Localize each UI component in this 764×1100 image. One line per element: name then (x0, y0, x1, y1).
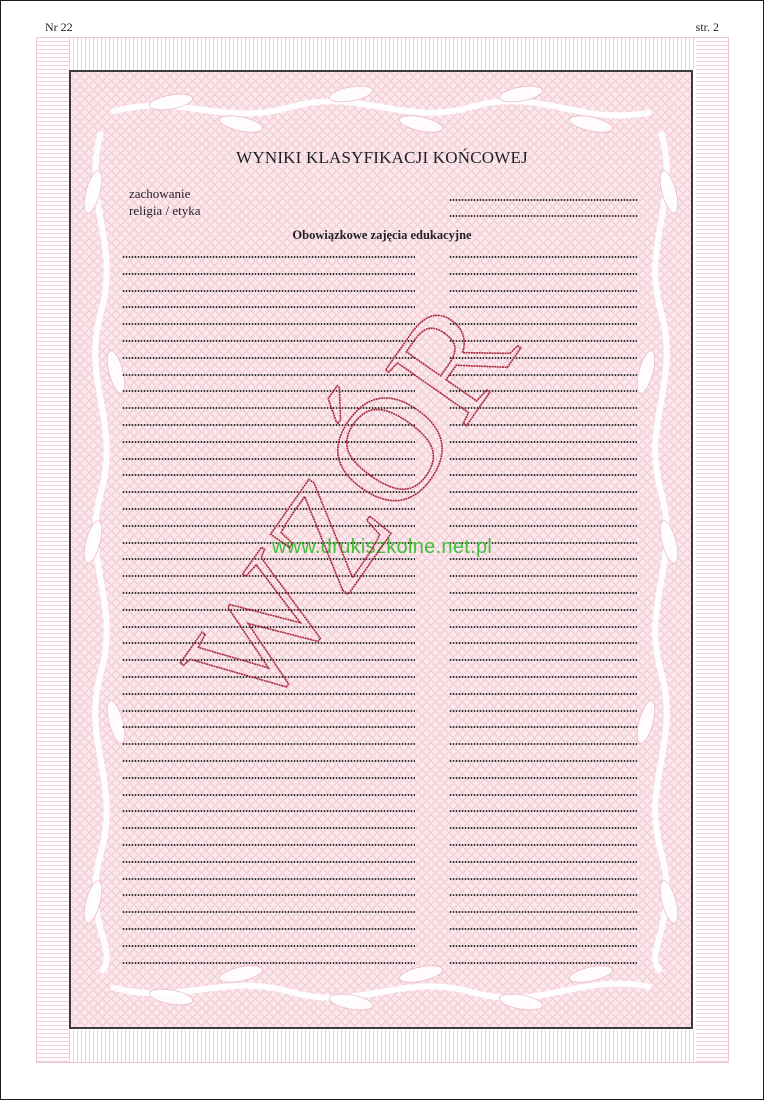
section-title: Obowiązkowe zajęcia edukacyjne (0, 228, 764, 243)
grade-field[interactable] (449, 827, 637, 829)
subject-field[interactable] (122, 508, 415, 510)
grade-field[interactable] (449, 458, 637, 460)
grade-field[interactable] (449, 592, 637, 594)
subject-field[interactable] (122, 609, 415, 611)
grade-field[interactable] (449, 424, 637, 426)
subject-field[interactable] (122, 945, 415, 947)
subject-field[interactable] (122, 306, 415, 308)
grade-field[interactable] (449, 693, 637, 695)
grade-field[interactable] (449, 525, 637, 527)
grade-field[interactable] (449, 306, 637, 308)
subject-field[interactable] (122, 844, 415, 846)
subject-field[interactable] (122, 323, 415, 325)
subject-field[interactable] (122, 777, 415, 779)
subject-field[interactable] (122, 911, 415, 913)
subject-field[interactable] (122, 928, 415, 930)
subject-field[interactable] (122, 592, 415, 594)
subject-field[interactable] (122, 878, 415, 880)
grade-field[interactable] (449, 861, 637, 863)
grade-field[interactable] (449, 357, 637, 359)
subject-field[interactable] (122, 374, 415, 376)
subject-field[interactable] (122, 256, 415, 258)
grade-field[interactable] (449, 575, 637, 577)
subject-field[interactable] (122, 710, 415, 712)
grade-field[interactable] (449, 390, 637, 392)
religion-ethics-grade-field[interactable] (449, 215, 638, 217)
grade-field[interactable] (449, 810, 637, 812)
grade-field[interactable] (449, 928, 637, 930)
border-stripe-bottom (37, 1030, 728, 1062)
grade-field[interactable] (449, 508, 637, 510)
subject-field[interactable] (122, 424, 415, 426)
subject-field[interactable] (122, 760, 415, 762)
grade-field[interactable] (449, 441, 637, 443)
grade-field[interactable] (449, 743, 637, 745)
conduct-grade-field[interactable] (449, 199, 638, 201)
grade-field[interactable] (449, 491, 637, 493)
subject-field[interactable] (122, 861, 415, 863)
subject-field[interactable] (122, 962, 415, 964)
subject-field[interactable] (122, 794, 415, 796)
grade-field[interactable] (449, 894, 637, 896)
grade-field[interactable] (449, 290, 637, 292)
subject-field[interactable] (122, 827, 415, 829)
subject-field[interactable] (122, 659, 415, 661)
subject-field[interactable] (122, 894, 415, 896)
grade-field[interactable] (449, 726, 637, 728)
grade-field[interactable] (449, 794, 637, 796)
grade-field[interactable] (449, 911, 637, 913)
subject-field[interactable] (122, 626, 415, 628)
grade-field[interactable] (449, 626, 637, 628)
subject-field[interactable] (122, 642, 415, 644)
subject-field[interactable] (122, 743, 415, 745)
subject-field[interactable] (122, 458, 415, 460)
religion-ethics-label: religia / etyka (129, 203, 200, 219)
grade-field[interactable] (449, 374, 637, 376)
grade-field[interactable] (449, 407, 637, 409)
border-stripe-top (37, 38, 728, 70)
subject-field[interactable] (122, 491, 415, 493)
grade-field[interactable] (449, 340, 637, 342)
subject-field[interactable] (122, 810, 415, 812)
grade-field[interactable] (449, 474, 637, 476)
subject-field[interactable] (122, 390, 415, 392)
grade-field[interactable] (449, 962, 637, 964)
subject-field[interactable] (122, 357, 415, 359)
grade-field[interactable] (449, 659, 637, 661)
subject-field[interactable] (122, 407, 415, 409)
grade-field[interactable] (449, 760, 637, 762)
subject-field[interactable] (122, 726, 415, 728)
page-number: str. 2 (696, 20, 719, 35)
conduct-label: zachowanie (129, 186, 190, 202)
website-url: www.drukiszkolne.net.pl (0, 536, 764, 559)
grade-field[interactable] (449, 642, 637, 644)
grade-field[interactable] (449, 323, 637, 325)
subject-field[interactable] (122, 676, 415, 678)
grade-field[interactable] (449, 844, 637, 846)
form-number: Nr 22 (45, 20, 73, 35)
subject-field[interactable] (122, 340, 415, 342)
grade-field[interactable] (449, 710, 637, 712)
subject-field[interactable] (122, 525, 415, 527)
subject-field[interactable] (122, 441, 415, 443)
grade-field[interactable] (449, 273, 637, 275)
subject-field[interactable] (122, 575, 415, 577)
subject-field[interactable] (122, 693, 415, 695)
grade-field[interactable] (449, 256, 637, 258)
grade-field[interactable] (449, 676, 637, 678)
grade-field[interactable] (449, 945, 637, 947)
grade-field[interactable] (449, 777, 637, 779)
document-title: WYNIKI KLASYFIKACJI KOŃCOWEJ (0, 148, 764, 168)
subject-field[interactable] (122, 290, 415, 292)
subject-field[interactable] (122, 474, 415, 476)
grade-field[interactable] (449, 609, 637, 611)
subject-field[interactable] (122, 273, 415, 275)
grade-field[interactable] (449, 878, 637, 880)
